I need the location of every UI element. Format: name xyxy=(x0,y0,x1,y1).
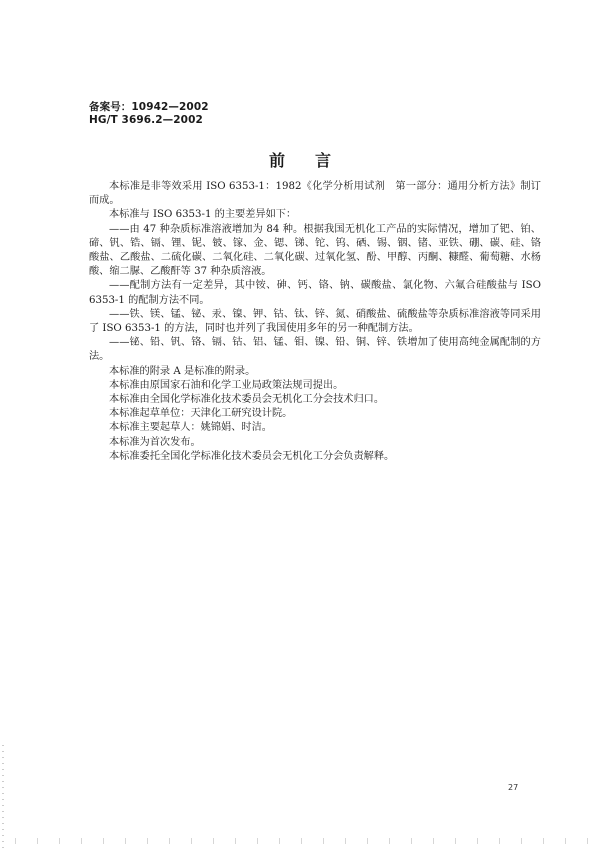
paragraph: ——铋、铅、钒、铬、镉、钴、铝、锰、钼、镍、铅、铜、锌、铁增加了使用高纯金属配制… xyxy=(89,336,541,364)
page-title: 前言 xyxy=(0,148,600,171)
paragraph: 本标准由原国家石油和化学工业局政策法规司提出。 xyxy=(89,379,541,393)
scan-edge-bottom xyxy=(0,838,600,844)
paragraph: ——配制方法有一定差异，其中铵、砷、钙、铬、钠、碳酸盐、氯化物、六氟合硅酸盐与 … xyxy=(89,279,541,307)
paragraph: 本标准是非等效采用 ISO 6353-1：1982《化学分析用试剂 第一部分：通… xyxy=(89,180,541,208)
paragraph: ——由 47 种杂质标准溶液增加为 84 种。根据我国无机化工产品的实际情况，增… xyxy=(89,223,541,280)
paragraph: 本标准由全国化学标准化技术委员会无机化工分会技术归口。 xyxy=(89,393,541,407)
foreword-body: 本标准是非等效采用 ISO 6353-1：1982《化学分析用试剂 第一部分：通… xyxy=(89,180,541,464)
paragraph: 本标准的附录 A 是标准的附录。 xyxy=(89,365,541,379)
scan-edge-left xyxy=(2,740,4,850)
standard-number: HG/T 3696.2—2002 xyxy=(89,114,203,126)
paragraph: 本标准与 ISO 6353-1 的主要差异如下： xyxy=(89,208,541,222)
paragraph: 本标准起草单位：天津化工研究设计院。 xyxy=(89,407,541,421)
paragraph: 本标准为首次发布。 xyxy=(89,436,541,450)
paragraph: 本标准主要起草人：姚锦娟、时洁。 xyxy=(89,421,541,435)
paragraph: 本标准委托全国化学标准化技术委员会无机化工分会负责解释。 xyxy=(89,450,541,464)
page-number: 27 xyxy=(508,783,518,792)
record-number: 备案号：10942—2002 xyxy=(89,99,209,114)
paragraph: ——铁、镁、锰、铋、汞、镍、钾、钴、钛、锌、氮、硝酸盐、硫酸盐等杂质标准溶液等同… xyxy=(89,308,541,336)
